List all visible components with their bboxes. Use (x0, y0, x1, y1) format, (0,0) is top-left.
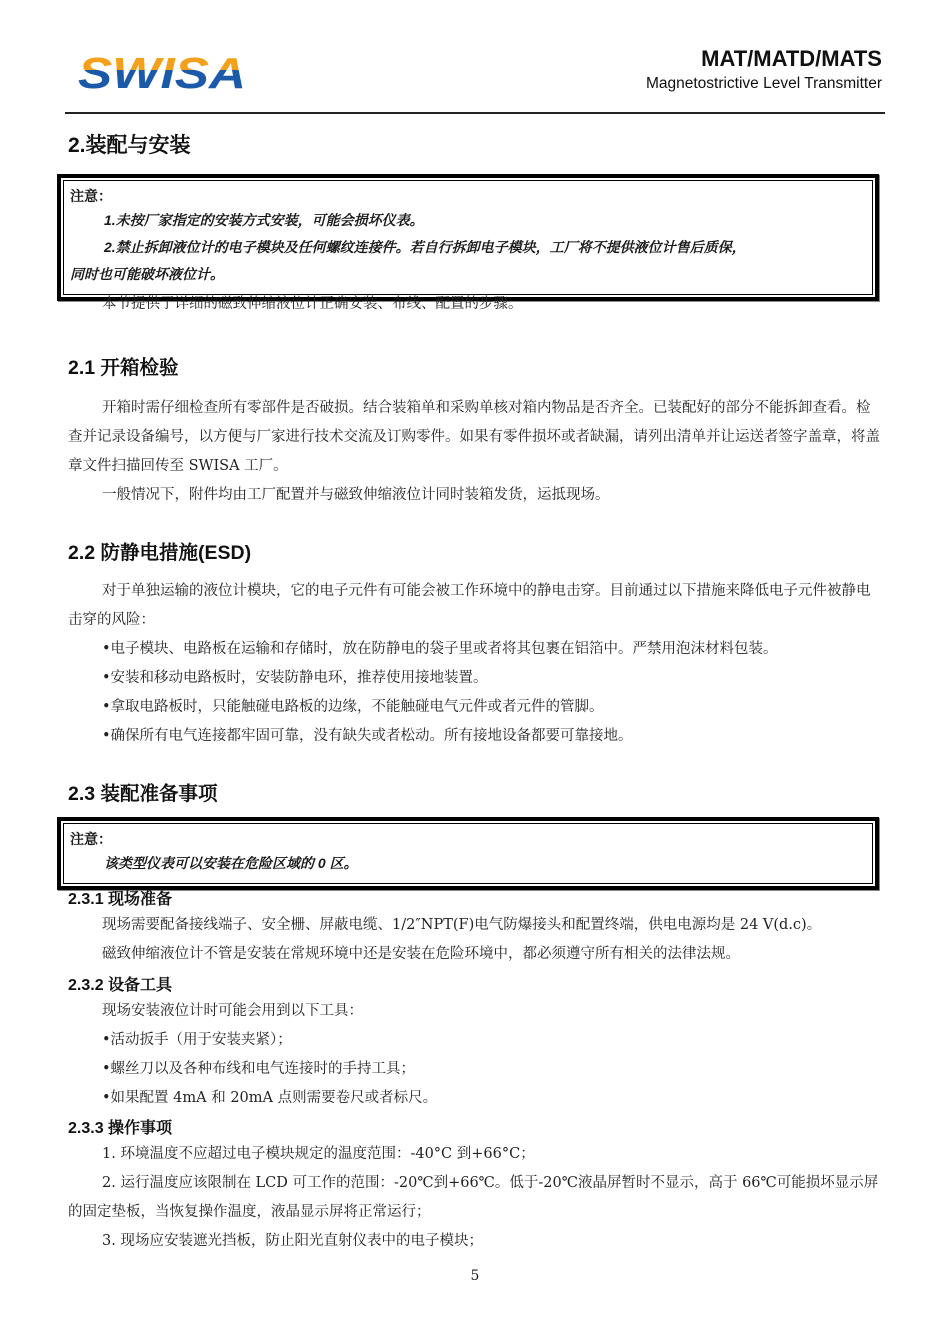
list-item: •拿取电路板时，只能触碰电路板的边缘，不能触碰电气元件或者元件的管脚。 (68, 693, 884, 722)
paragraph: 开箱时需仔细检查所有零部件是否破损。结合装箱单和采购单核对箱内物品是否齐全。已装… (68, 394, 884, 481)
heading-2-2: 2.2 防静电措施(ESD) (68, 537, 251, 565)
list-item: •安装和移动电路板时，安装防静电环，推荐使用接地装置。 (68, 664, 884, 693)
notice-label: 注意： (70, 185, 866, 207)
section-2-2-body: 对于单独运输的液位计模块，它的电子元件有可能会被工作环境中的静电击穿。目前通过以… (68, 577, 884, 751)
list-item: •螺丝刀以及各种布线和电气连接时的手持工具； (68, 1055, 884, 1084)
header-divider (65, 112, 885, 114)
heading-2-1: 2.1 开箱检验 (68, 352, 179, 380)
paragraph: 现场需要配备接线端子、安全栅、屏蔽电缆、1/2″NPT(F)电气防爆接头和配置终… (68, 911, 884, 940)
notice-line: 该类型仪表可以安装在危险区域的 0 区。 (70, 850, 866, 877)
section-2-3-3-body: 1. 环境温度不应超过电子模块规定的温度范围：-40°C 到+66°C； 2. … (68, 1140, 884, 1256)
section-intro: 本节提供了详细的磁致伸缩液位计正确安装、布线、配置的步骤。 (68, 290, 884, 319)
list-item: 2. 运行温度应该限制在 LCD 可工作的范围：-20℃到+66℃。低于-20℃… (68, 1169, 884, 1227)
list-item: 3. 现场应安装遮光挡板，防止阳光直射仪表中的电子模块； (68, 1227, 884, 1256)
paragraph: 对于单独运输的液位计模块，它的电子元件有可能会被工作环境中的静电击穿。目前通过以… (68, 577, 884, 635)
list-item: •电子模块、电路板在运输和存储时，放在防静电的袋子里或者将其包裹在铝箔中。严禁用… (68, 635, 884, 664)
heading-2-3-3: 2.3.3 操作事项 (68, 1115, 172, 1138)
notice-line-1: 1.未按厂家指定的安装方式安装，可能会损坏仪表。 (70, 207, 866, 234)
page-number: 5 (0, 1268, 950, 1284)
paragraph: 磁致伸缩液位计不管是安装在常规环境中还是安装在危险环境中，都必须遵守所有相关的法… (68, 940, 884, 969)
section-2-3-2-body: 现场安装液位计时可能会用到以下工具： •活动扳手（用于安装夹紧）； •螺丝刀以及… (68, 997, 884, 1113)
model-title: MAT/MATD/MATS (701, 46, 882, 72)
notice-box-hazard: 注意： 该类型仪表可以安装在危险区域的 0 区。 (57, 817, 879, 890)
notice-label: 注意： (70, 828, 866, 850)
list-item: •确保所有电气连接都牢固可靠，没有缺失或者松动。所有接地设备都要可靠接地。 (68, 722, 884, 751)
heading-2-3-2: 2.3.2 设备工具 (68, 972, 172, 995)
heading-2-3-1: 2.3.1 现场准备 (68, 886, 172, 909)
list-item: •如果配置 4mA 和 20mA 点则需要卷尺或者标尺。 (68, 1084, 884, 1113)
list-item: •活动扳手（用于安装夹紧）； (68, 1026, 884, 1055)
logo-graphic: SWISA SWISA (78, 48, 248, 92)
paragraph: 现场安装液位计时可能会用到以下工具： (68, 997, 884, 1026)
product-subtitle: Magnetostrictive Level Transmitter (646, 75, 882, 93)
heading-2-3: 2.3 装配准备事项 (68, 778, 218, 806)
paragraph: 一般情况下，附件均由工厂配置并与磁致伸缩液位计同时装箱发货，运抵现场。 (68, 481, 884, 510)
notice-line-3: 同时也可能破坏液位计。 (70, 261, 866, 288)
section-2-1-body: 开箱时需仔细检查所有零部件是否破损。结合装箱单和采购单核对箱内物品是否齐全。已装… (68, 394, 884, 510)
intro-text: 本节提供了详细的磁致伸缩液位计正确安装、布线、配置的步骤。 (68, 290, 884, 319)
notice-box-warning: 注意： 1.未按厂家指定的安装方式安装，可能会损坏仪表。 2.禁止拆卸液位计的电… (57, 174, 879, 301)
list-item: 1. 环境温度不应超过电子模块规定的温度范围：-40°C 到+66°C； (68, 1140, 884, 1169)
section-2-3-1-body: 现场需要配备接线端子、安全栅、屏蔽电缆、1/2″NPT(F)电气防爆接头和配置终… (68, 911, 884, 969)
section-title: 2.装配与安装 (68, 129, 191, 159)
notice-line-2: 2.禁止拆卸液位计的电子模块及任何螺纹连接件。若自行拆卸电子模块，工厂将不提供液… (70, 234, 866, 261)
swisa-logo: SWISA SWISA (78, 48, 248, 92)
